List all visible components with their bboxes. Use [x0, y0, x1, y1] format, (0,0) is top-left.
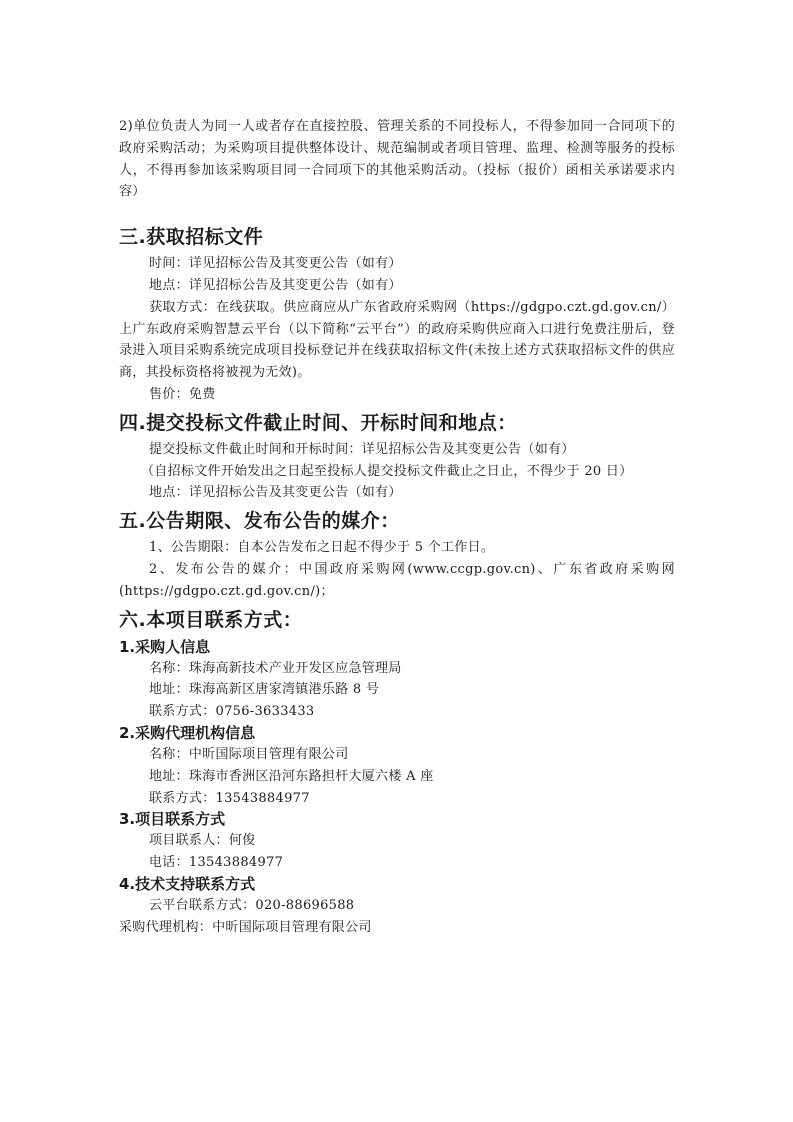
- section-3-price: 售价：免费: [119, 384, 675, 406]
- section-3-time: 时间：详见招标公告及其变更公告（如有）: [119, 253, 675, 275]
- document-page: 2)单位负责人为同一人或者存在直接控股、管理关系的不同投标人，不得参加同一合同项…: [119, 116, 675, 939]
- project-contact-phone: 电话：13543884977: [119, 852, 675, 874]
- section-5-item-2-url: (https://gdgpo.czt.gd.gov.cn/)；: [119, 581, 675, 603]
- section-5-item-1: 1、公告期限：自本公告发布之日起不得少于 5 个工作日。: [119, 537, 675, 559]
- agency-heading: 2.采购代理机构信息: [119, 723, 675, 744]
- section-3-method: 获取方式：在线获取。供应商应从广东省政府采购网（https://gdgpo.cz…: [119, 297, 675, 384]
- intro-paragraph: 2)单位负责人为同一人或者存在直接控股、管理关系的不同投标人，不得参加同一合同项…: [119, 116, 675, 203]
- tech-support-platform: 云平台联系方式：020-88696588: [119, 895, 675, 917]
- section-4-place: 地点：详见招标公告及其变更公告（如有）: [119, 482, 675, 504]
- project-contact-person: 项目联系人：何俊: [119, 830, 675, 852]
- agency-name: 名称：中昕国际项目管理有限公司: [119, 744, 675, 766]
- purchaser-name: 名称：珠海高新技术产业开发区应急管理局: [119, 658, 675, 680]
- section-4-note: （自招标文件开始发出之日起至投标人提交投标文件截止之日止，不得少于 20 日）: [119, 461, 675, 483]
- footer-agency: 采购代理机构：中昕国际项目管理有限公司: [119, 917, 675, 939]
- section-5-heading: 五.公告期限、发布公告的媒介：: [119, 508, 675, 534]
- section-5-item-2: 2、发布公告的媒介：中国政府采购网(www.ccgp.gov.cn)、广东省政府…: [119, 559, 675, 581]
- purchaser-heading: 1.采购人信息: [119, 637, 675, 658]
- section-4-deadline: 提交投标文件截止时间和开标时间：详见招标公告及其变更公告（如有）: [119, 439, 675, 461]
- section-6-heading: 六.本项目联系方式：: [119, 607, 675, 633]
- section-3-heading: 三.获取招标文件: [119, 224, 675, 250]
- purchaser-address: 地址：珠海高新区唐家湾镇港乐路 8 号: [119, 679, 675, 701]
- project-contact-heading: 3.项目联系方式: [119, 809, 675, 830]
- purchaser-contact: 联系方式：0756-3633433: [119, 701, 675, 723]
- section-3-place: 地点：详见招标公告及其变更公告（如有）: [119, 275, 675, 297]
- agency-address: 地址：珠海市香洲区沿河东路担杆大厦六楼 A 座: [119, 766, 675, 788]
- tech-support-heading: 4.技术支持联系方式: [119, 874, 675, 895]
- section-4-heading: 四.提交投标文件截止时间、开标时间和地点：: [119, 410, 675, 436]
- agency-contact: 联系方式：13543884977: [119, 788, 675, 810]
